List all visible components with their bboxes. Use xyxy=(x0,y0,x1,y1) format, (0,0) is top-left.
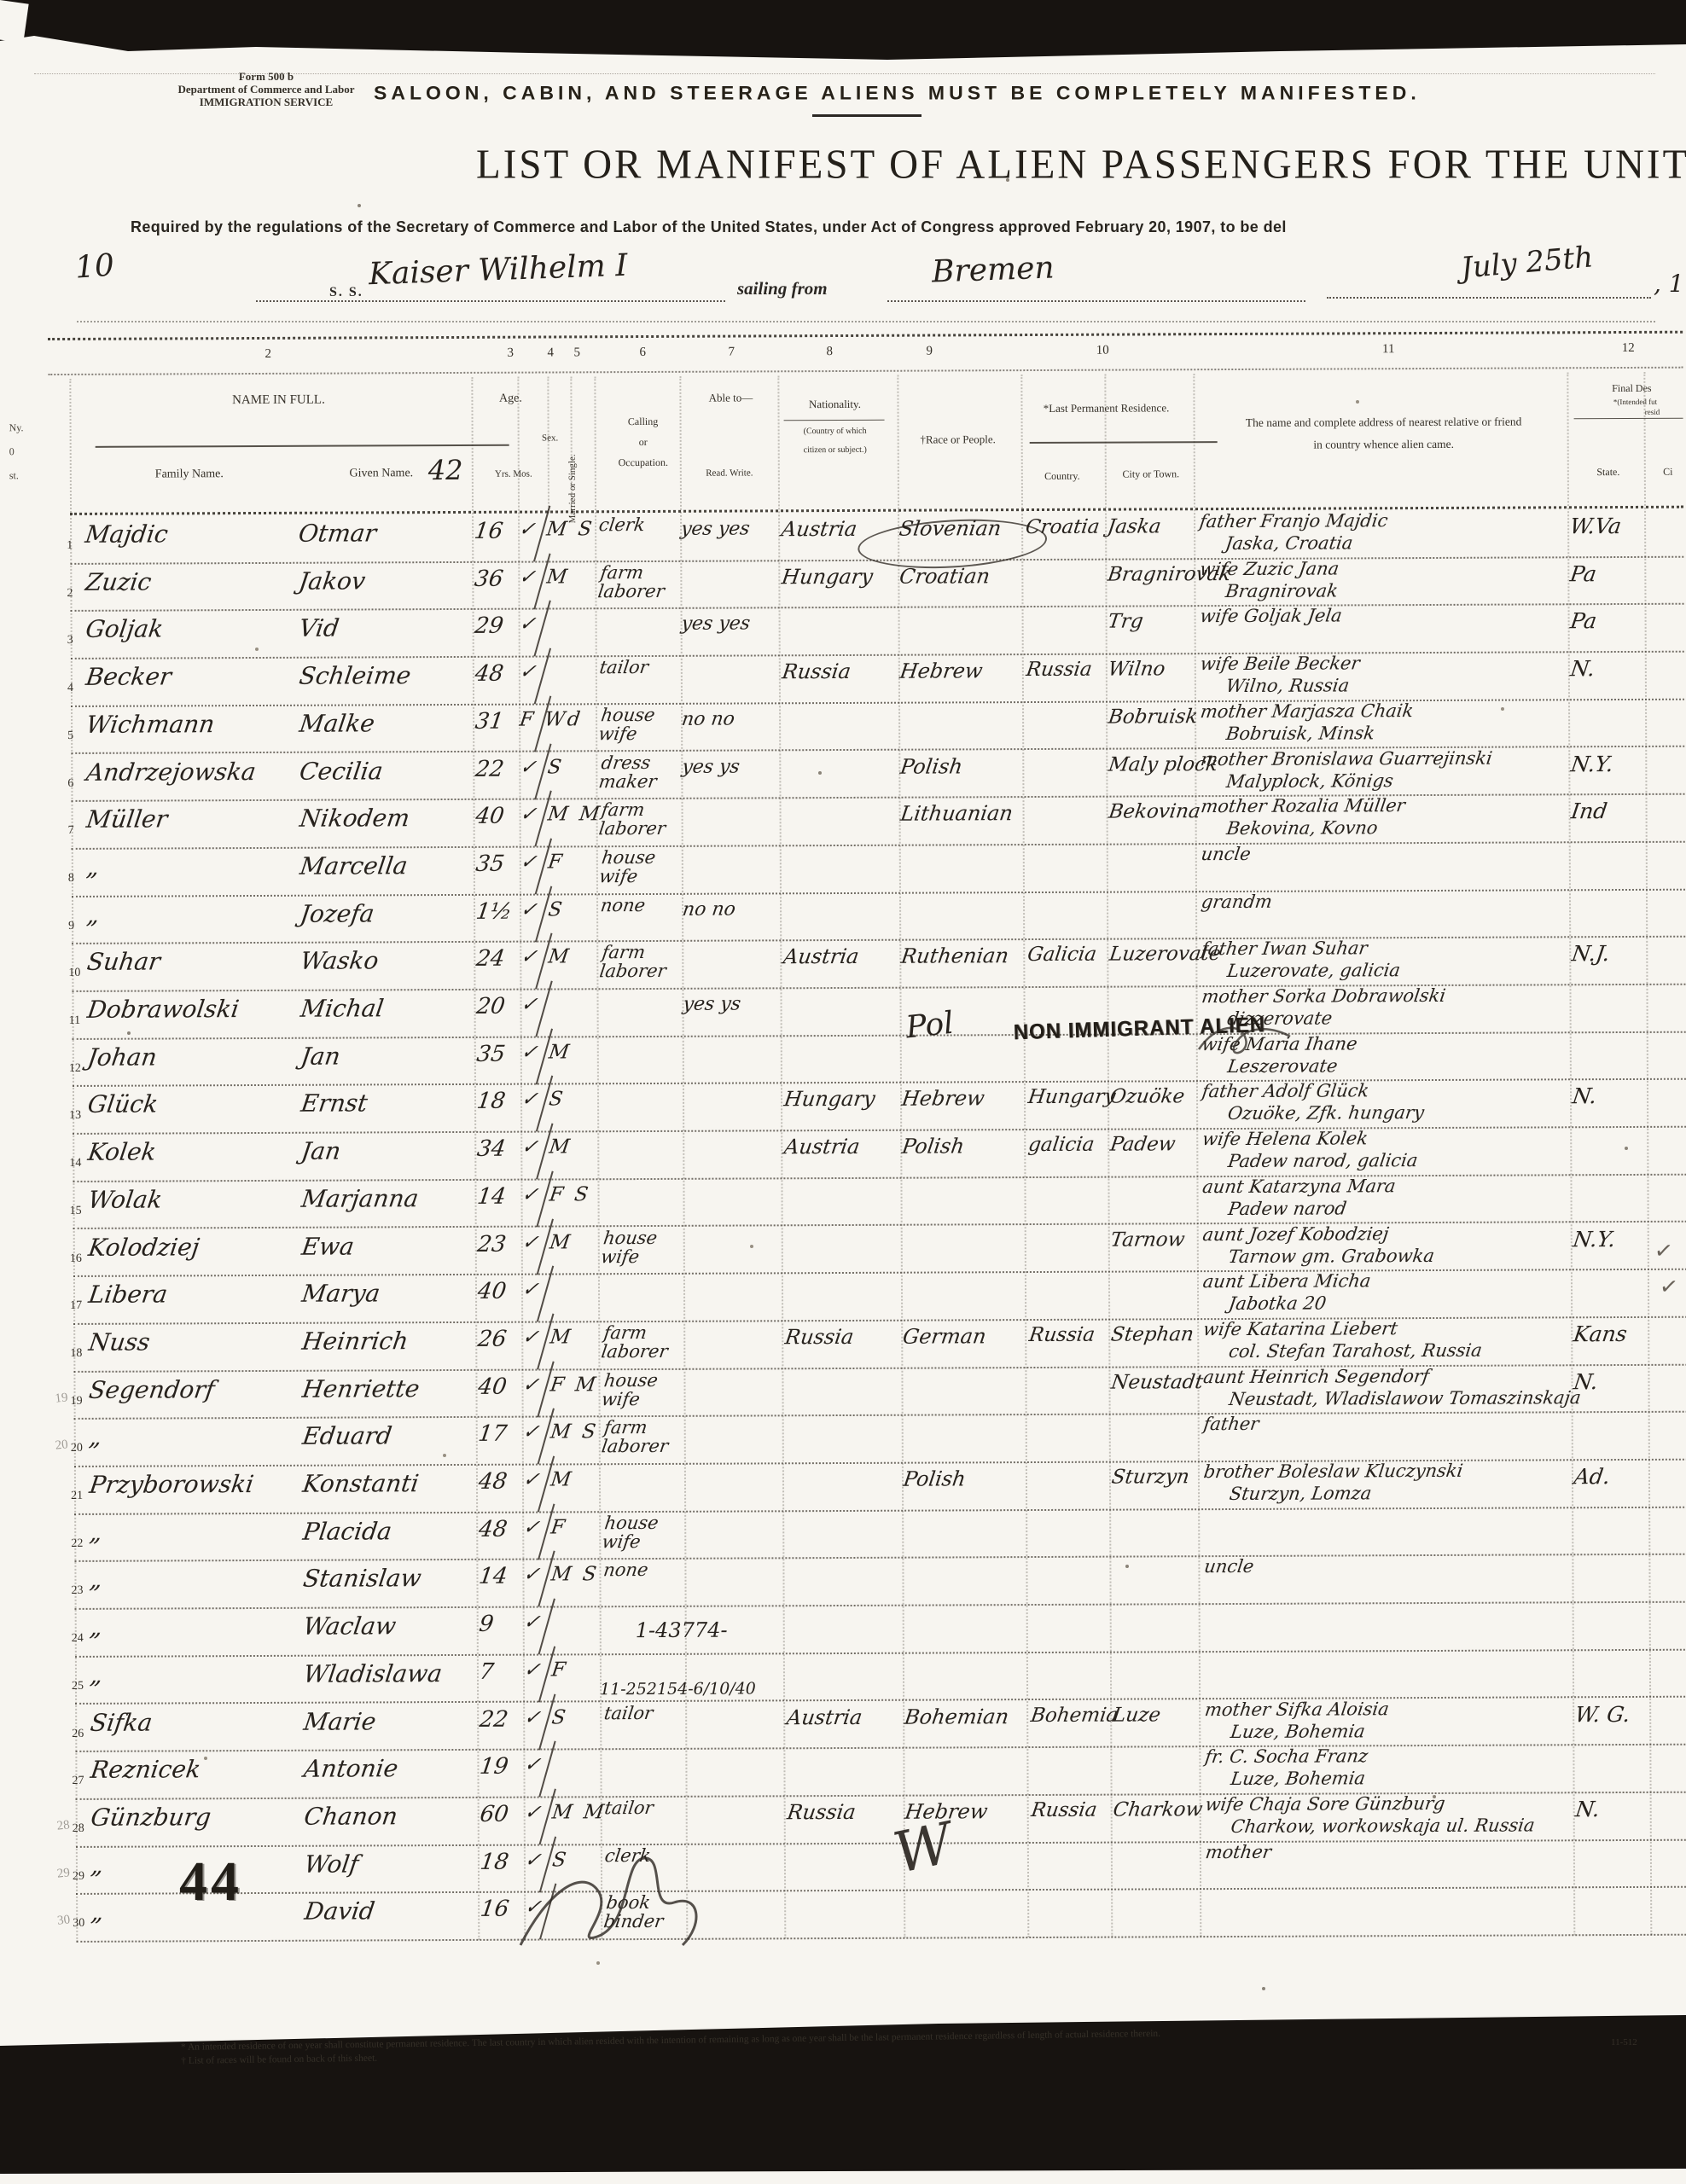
cell-nationality: Russia xyxy=(785,1325,853,1350)
header-calling-1: Calling xyxy=(628,415,658,428)
cell-nationality: Hungary xyxy=(784,1087,875,1112)
row-number: 10 xyxy=(68,967,80,980)
column-number: 9 xyxy=(926,345,933,359)
cell-destination-state-text: Pa xyxy=(1569,609,1599,634)
cell-age: 14 xyxy=(477,1184,505,1210)
cell-family-name-text: Segendorf xyxy=(87,1375,216,1404)
cell-occupation: tailor xyxy=(605,1798,687,1817)
cell-family-name-text: „ xyxy=(85,853,102,881)
cell-race: Hebrew xyxy=(900,659,983,683)
cell-race-text: German xyxy=(901,1324,987,1348)
cell-given-name-text: Jakov xyxy=(297,566,367,595)
cell-family-name: Segendorf xyxy=(89,1375,214,1405)
cell-relative-line1-text: fr. C. Socha Franz xyxy=(1204,1746,1369,1768)
cell-age-text: 18 xyxy=(475,1089,507,1114)
cell-sex-marital-marks: ✓ xyxy=(522,1279,541,1301)
cell-relative-line1-text: wife Katarina Liebert xyxy=(1202,1318,1399,1339)
cell-family-name: „ xyxy=(90,1423,102,1452)
manifest-row: 3030„David16✓book binder xyxy=(76,1886,1686,1943)
cell-family-name-text: Wichmann xyxy=(84,710,217,739)
cell-family-name: „ xyxy=(90,1565,102,1594)
cell-read-write: yes yes xyxy=(682,613,751,635)
cell-family-name: Nuss xyxy=(89,1327,149,1356)
cell-relative-line1-text: mother xyxy=(1204,1841,1272,1862)
cell-relative-line1: aunt Katarzyna Mara xyxy=(1202,1176,1395,1198)
cell-relative-line1: uncle xyxy=(1204,1556,1253,1577)
cell-sex-marital-marks: ✓ xyxy=(520,613,538,636)
cell-family-name-text: Dobrawolski xyxy=(85,995,241,1024)
cell-destination-state-text: W. G. xyxy=(1573,1701,1631,1726)
cell-read-write: yes yes xyxy=(681,517,750,539)
cell-given-name: Wolf xyxy=(305,1850,358,1879)
cell-relative-line1-text: wife Zuzic Jana xyxy=(1199,558,1340,579)
cell-sex-marital-marks: ✓ M S xyxy=(523,1564,598,1586)
final-dest-rule xyxy=(1574,418,1683,420)
annotation-row26: 11-252154-6/10/40 xyxy=(600,1679,756,1699)
residence-rule xyxy=(1030,441,1218,444)
cell-destination-state-text: Ad. xyxy=(1573,1464,1612,1489)
header-sex: Sex. xyxy=(542,433,558,443)
nationality-rule xyxy=(784,420,885,421)
cell-given-name: Jakov xyxy=(299,566,365,595)
cell-nationality: Austria xyxy=(783,944,858,969)
cell-city-or-town: Bekovina xyxy=(1109,800,1201,822)
cell-family-name-text: „ xyxy=(85,900,102,928)
cell-age-text: 35 xyxy=(475,1041,507,1066)
cell-sex-marital-marks-text: ✓ F S xyxy=(520,1183,592,1205)
cell-given-name: Cecilia xyxy=(299,757,382,786)
cell-country: Russia xyxy=(1032,1799,1097,1821)
row-number: 1 xyxy=(67,539,73,553)
cell-occupation-text: house wife xyxy=(601,1513,688,1550)
cell-city-or-town-text: Ozuöke xyxy=(1108,1086,1186,1108)
cell-age-text: 1½ xyxy=(474,898,514,924)
cell-given-name-text: Heinrich xyxy=(300,1327,410,1356)
cell-family-name: Wichmann xyxy=(86,710,214,740)
cell-sex-marital-marks-text: ✓ xyxy=(520,994,542,1016)
cell-family-name-text: Goljak xyxy=(84,615,165,643)
cell-relative-line1: mother Bronislawa Guarrejinski xyxy=(1201,747,1492,770)
cell-sex-marital-marks-text: ✓ xyxy=(518,613,540,636)
cell-family-name-text: „ xyxy=(88,1565,104,1594)
cell-relative-line2: Luze, Bohemia xyxy=(1230,1721,1365,1743)
cell-nationality-text: Austria xyxy=(782,944,860,968)
row-number: 26 xyxy=(72,1727,84,1740)
header-country: Country. xyxy=(1044,470,1080,483)
cell-given-name: Eduard xyxy=(303,1422,392,1451)
cell-destination-state-text: Ind xyxy=(1570,799,1609,823)
cell-age: 17 xyxy=(479,1421,507,1447)
cell-sex-marital-marks-text: ✓ M M xyxy=(523,1801,608,1823)
cell-given-name: Malke xyxy=(299,709,375,738)
cell-nationality: Russia xyxy=(782,659,851,684)
header-relative-1: The name and complete address of nearest… xyxy=(1246,415,1522,430)
cell-family-name: „ xyxy=(87,900,100,929)
cell-nationality: Austria xyxy=(782,517,857,542)
cell-relative-line2: Padew narod, galicia xyxy=(1228,1150,1417,1172)
cell-race-text: Lithuanian xyxy=(899,801,1015,826)
cell-occupation-text: tailor xyxy=(598,658,649,677)
cell-relative-line2: Luzerovate, galicia xyxy=(1227,960,1400,982)
cell-occupation: house wife xyxy=(602,1228,684,1265)
cell-read-write-text: yes ys xyxy=(682,994,742,1015)
cell-relative-line1: wife Goljak Jela xyxy=(1201,606,1342,628)
cell-given-name: Otmar xyxy=(299,519,376,548)
cell-age: 22 xyxy=(480,1706,508,1732)
row-number: 15 xyxy=(70,1205,82,1218)
header-final-dest: Final Des xyxy=(1612,382,1651,395)
cell-relative-line1-text: wife Helena Kolek xyxy=(1201,1128,1369,1149)
column-number: 7 xyxy=(728,346,735,360)
cell-country: Hungary xyxy=(1028,1086,1115,1108)
cell-age-text: 7 xyxy=(478,1659,496,1685)
cell-relative-line1: fr. C. Socha Franz xyxy=(1205,1746,1368,1769)
cell-age: 7 xyxy=(480,1659,494,1685)
cell-given-name: Vid xyxy=(299,614,340,643)
cell-occupation-text: farm laborer xyxy=(598,800,685,838)
cell-age: 35 xyxy=(477,1041,505,1066)
cell-age: 14 xyxy=(479,1564,507,1589)
cell-destination-state: N.Y. xyxy=(1571,752,1613,777)
cell-destination-state: N. xyxy=(1573,1084,1596,1110)
cell-city-or-town-text: Bobruisk xyxy=(1107,706,1199,728)
cell-relative-line2: Jaska, Croatia xyxy=(1225,532,1352,555)
column-number: 12 xyxy=(1622,341,1635,356)
column-number-rule xyxy=(48,367,1683,375)
cell-given-name-text: Ernst xyxy=(299,1089,369,1118)
cell-city-or-town-text: Stephan xyxy=(1109,1323,1195,1345)
cell-age-text: 14 xyxy=(475,1184,507,1210)
cell-relative-line1-text: mother Marjasza Chaik xyxy=(1199,700,1415,722)
cell-destination-state-text: W.Va xyxy=(1568,514,1623,538)
row-number: 22 xyxy=(71,1537,83,1551)
row-number: 18 xyxy=(70,1347,82,1361)
cell-race-text: Polish xyxy=(900,1134,966,1158)
cell-occupation: house wife xyxy=(601,848,683,886)
cell-given-name-text: Ewa xyxy=(300,1232,357,1260)
row-number: 4 xyxy=(67,682,73,695)
cell-nationality-text: Russia xyxy=(781,659,852,683)
cell-sex-marital-marks-text: ✓ F M xyxy=(521,1374,600,1396)
cell-given-name: Marjanna xyxy=(301,1184,418,1214)
column-number: 11 xyxy=(1382,342,1395,357)
margin-check-mark: ✓ xyxy=(1658,1273,1680,1301)
column-line xyxy=(547,376,549,513)
header-calling-3: Occupation. xyxy=(619,456,668,469)
header-age: Age. xyxy=(499,392,522,406)
cell-occupation-text: clerk xyxy=(598,515,647,534)
cell-destination-state-text: N.Y. xyxy=(1572,1227,1617,1252)
cell-given-name: Marya xyxy=(302,1280,380,1309)
cell-relative-line1-text: wife Chaja Sore Günzburg xyxy=(1204,1793,1446,1815)
cell-destination-state-text: N. xyxy=(1571,1084,1598,1109)
cell-city-or-town-text: Padew xyxy=(1109,1133,1177,1155)
cell-relative-line1-text: wife Beile Becker xyxy=(1199,653,1361,674)
cell-given-name: Henriette xyxy=(302,1374,419,1404)
cell-country-text: Russia xyxy=(1030,1799,1098,1821)
scanned-manifest-page: Form 500 b Department of Commerce and La… xyxy=(0,0,1686,2184)
cell-family-name-text: Andrzejowska xyxy=(84,757,258,786)
cell-occupation-text: farm laborer xyxy=(600,1323,687,1361)
cell-read-write-text: yes ys xyxy=(681,756,741,777)
cell-city-or-town: Luze xyxy=(1113,1704,1160,1726)
cell-given-name: Placida xyxy=(303,1517,392,1546)
cell-destination-state: W.Va xyxy=(1570,514,1621,539)
cell-read-write-text: no no xyxy=(681,898,736,920)
cell-age: 36 xyxy=(474,566,503,591)
cell-age-text: 26 xyxy=(476,1327,508,1352)
cell-occupation: farm laborer xyxy=(602,1323,684,1361)
cell-family-name: Wolak xyxy=(88,1185,162,1214)
row-number: 3 xyxy=(67,634,73,648)
cell-country: Bohemia xyxy=(1031,1704,1118,1726)
cell-occupation-text: tailor xyxy=(603,1703,654,1722)
cell-age: 35 xyxy=(476,851,504,877)
cell-sex-marital-marks: ✓ M S xyxy=(519,518,594,540)
cell-relative-line1-text: aunt Libera Micha xyxy=(1201,1270,1372,1292)
cell-nationality-text: Austria xyxy=(780,517,858,541)
cell-family-name-text: Wolak xyxy=(86,1185,164,1213)
cell-country-text: Russia xyxy=(1025,659,1093,681)
cell-relative-line2: Ozuöke, Zfk. hungary xyxy=(1228,1102,1424,1124)
cell-age: 23 xyxy=(478,1231,506,1257)
cell-age-text: 9 xyxy=(478,1612,496,1637)
header-read-write: Read. Write. xyxy=(706,468,753,478)
cell-age-text: 40 xyxy=(476,1374,508,1399)
cell-sex-marital-marks-text: F Wd xyxy=(518,708,584,730)
cell-race-text: Polish xyxy=(898,754,964,778)
cell-destination-state: Pa xyxy=(1571,609,1597,635)
cell-occupation-text: farm laborer xyxy=(601,1418,688,1455)
cell-relative-line1: mother Sifka Aloisia xyxy=(1205,1699,1389,1721)
cell-city-or-town-text: Wilno xyxy=(1107,658,1166,680)
sheet-page-number: 44 xyxy=(179,1850,242,1914)
cell-given-name-text: Marcella xyxy=(299,851,410,880)
cell-city-or-town-text: Jaska xyxy=(1106,515,1162,537)
cell-destination-state-text: N. xyxy=(1573,1369,1600,1394)
header-city-or-town: City or Town. xyxy=(1123,468,1180,480)
cell-given-name: Waclaw xyxy=(304,1612,396,1641)
cell-read-write: no no xyxy=(682,707,735,729)
cell-family-name: Günzburg xyxy=(91,1803,212,1833)
pen-scribble xyxy=(486,1843,742,1971)
column-number: 6 xyxy=(639,346,646,360)
cell-race: Bohemian xyxy=(904,1705,1009,1730)
cell-given-name-text: Vid xyxy=(297,614,340,642)
cell-occupation-text: dress maker xyxy=(597,752,684,790)
cell-relative-line1-text: mother Sorka Dobrawolski xyxy=(1201,985,1447,1007)
cell-city-or-town: Neustadt xyxy=(1111,1371,1202,1393)
cell-relative-line2-text: col. Stefan Tarahost, Russia xyxy=(1228,1340,1484,1362)
header-yrs-mos: Yrs. Mos. xyxy=(495,469,532,479)
cell-age: 31 xyxy=(475,709,503,735)
cell-race: Polish xyxy=(902,1134,964,1159)
cell-relative-line1: father Iwan Suhar xyxy=(1201,938,1367,961)
cell-city-or-town: Ozuöke xyxy=(1110,1086,1184,1108)
cell-age-text: 48 xyxy=(474,661,505,687)
cell-relative-line1: aunt Heinrich Segendorf xyxy=(1203,1366,1429,1388)
cell-given-name: David xyxy=(305,1897,375,1926)
cell-sex-marital-marks: ✓ xyxy=(524,1612,543,1634)
cell-relative-line2: Tarnow gm. Grabowka xyxy=(1229,1245,1434,1267)
cell-relative-line1: father xyxy=(1204,1414,1259,1435)
cell-occupation: house wife xyxy=(600,706,682,743)
cell-age: 1½ xyxy=(476,898,512,924)
cell-country-text: Russia xyxy=(1027,1324,1096,1346)
cell-occupation: farm laborer xyxy=(601,943,683,980)
cell-family-name-text: „ xyxy=(90,1898,106,1926)
cell-destination-state: Ind xyxy=(1572,799,1608,824)
cell-nationality-text: Hungary xyxy=(782,1087,876,1111)
cell-given-name: Stanislaw xyxy=(303,1565,421,1594)
cell-family-name-text: Johan xyxy=(86,1043,159,1071)
cell-given-name-text: Waclaw xyxy=(301,1612,398,1640)
cell-read-write: yes ys xyxy=(683,993,741,1015)
row-number: 23 xyxy=(72,1584,84,1598)
cell-destination-state-text: N.Y. xyxy=(1569,752,1614,776)
cell-given-name: Ernst xyxy=(301,1089,368,1118)
header-able-to: Able to— xyxy=(709,391,753,404)
cell-given-name-text: Michal xyxy=(299,994,385,1022)
margin-fragment: 0 xyxy=(9,445,15,458)
cell-relative-line2-text: Wilno, Russia xyxy=(1224,675,1351,696)
cell-sex-marital-marks: ✓ F S xyxy=(521,1183,590,1205)
cell-age: 22 xyxy=(475,756,503,781)
cell-city-or-town-text: Bekovina xyxy=(1108,800,1202,822)
cell-city-or-town: Wilno xyxy=(1108,658,1166,680)
annotation-row24: 1-43774- xyxy=(636,1618,728,1642)
row-number-ghost: 19 xyxy=(55,1391,69,1407)
cell-given-name: Marie xyxy=(304,1707,375,1736)
cell-relative-line2-text: Luze, Bohemia xyxy=(1230,1721,1367,1742)
cell-sex-marital-marks: ✓ M M xyxy=(525,1801,607,1823)
cell-relative-line2-text: Bobruisk, Minsk xyxy=(1225,723,1376,744)
cell-relative-line1: mother xyxy=(1206,1841,1271,1862)
cell-family-name-text: Zuzic xyxy=(84,567,153,595)
cell-age-text: 48 xyxy=(477,1469,509,1495)
cell-relative-line2: Padew narod xyxy=(1229,1198,1347,1220)
cell-sex-marital-marks: ✓ xyxy=(520,994,539,1016)
cell-relative-line2-text: Bragnirovak xyxy=(1224,580,1340,601)
cell-given-name-text: Marya xyxy=(300,1280,382,1308)
cell-family-name-text: Majdic xyxy=(84,520,170,548)
cell-age-text: 19 xyxy=(478,1754,509,1780)
row-number: 17 xyxy=(70,1299,82,1313)
cell-given-name: Nikodem xyxy=(300,804,410,834)
cell-relative-line1-text: grandm xyxy=(1200,891,1273,911)
cell-city-or-town: Padew xyxy=(1110,1133,1175,1155)
cell-read-write-text: yes yes xyxy=(680,613,752,635)
cell-race: German xyxy=(903,1324,986,1349)
name-divider-rule xyxy=(96,444,509,448)
cell-family-name: Müller xyxy=(87,805,168,834)
cell-destination-state-text: N. xyxy=(1569,656,1596,681)
cell-family-name: „ xyxy=(90,1518,102,1547)
cell-city-or-town: Stephan xyxy=(1111,1323,1194,1345)
cell-relative-line2-text: Jabotka 20 xyxy=(1227,1293,1327,1315)
cell-given-name-text: Jan xyxy=(299,1137,342,1165)
row-number-ghost: 20 xyxy=(55,1438,69,1455)
cell-sex-marital-marks-text: ✓ M M xyxy=(519,803,604,825)
cell-relative-line1: aunt Jozef Kobodziej xyxy=(1203,1223,1389,1246)
cell-occupation-text: house wife xyxy=(601,1370,688,1408)
stamp-flourish xyxy=(1195,1015,1297,1066)
cell-sex-marital-marks-text: ✓ xyxy=(518,661,540,683)
table-top-rule xyxy=(48,331,1683,340)
cell-occupation: house wife xyxy=(603,1513,685,1550)
cell-sex-marital-marks-text: ✓ xyxy=(523,1754,545,1776)
cell-given-name: Marcella xyxy=(300,851,408,881)
cell-relative-line1-text: aunt Jozef Kobodziej xyxy=(1201,1223,1390,1245)
cell-age-text: 24 xyxy=(474,946,506,972)
cell-relative-line1-text: uncle xyxy=(1200,844,1252,864)
cell-age-text: 14 xyxy=(477,1564,509,1589)
row-number: 6 xyxy=(67,776,73,790)
cell-race-text: Hebrew xyxy=(900,1087,986,1111)
cell-race: Ruthenian xyxy=(901,944,1009,969)
cell-nationality: Austria xyxy=(787,1705,862,1729)
cell-age: 16 xyxy=(474,519,503,544)
row-number: 13 xyxy=(69,1109,81,1123)
cell-age-text: 40 xyxy=(476,1279,508,1304)
cell-family-name-text: Günzburg xyxy=(89,1803,212,1832)
cell-city-or-town-text: Tarnow xyxy=(1109,1228,1186,1251)
cell-country-text: Galicia xyxy=(1026,944,1098,966)
column-number: 8 xyxy=(826,345,833,359)
cell-relative-line2-text: Jaska, Croatia xyxy=(1224,532,1355,554)
cell-family-name-text: „ xyxy=(88,1423,104,1451)
row-number-ghost: 28 xyxy=(56,1818,71,1834)
cell-given-name: Jan xyxy=(301,1137,340,1166)
cell-relative-line1-text: aunt Heinrich Segendorf xyxy=(1202,1366,1431,1387)
cell-occupation-text: tailor xyxy=(603,1798,654,1817)
margin-check-mark: ✓ xyxy=(1653,1237,1675,1265)
row-number: 8 xyxy=(68,872,74,886)
header-calling-2: or xyxy=(639,436,648,449)
cell-sex-marital-marks-text: ✓ M S xyxy=(517,518,596,540)
row-number: 2 xyxy=(67,587,73,601)
cell-occupation: none xyxy=(603,1560,685,1579)
cell-relative-line1-text: wife Goljak Jela xyxy=(1199,606,1343,627)
cell-city-or-town: Sturzyn xyxy=(1112,1466,1189,1488)
cell-age: 26 xyxy=(478,1327,506,1352)
cell-relative-line2-text: Ozuöke, Zfk. hungary xyxy=(1226,1102,1425,1124)
cell-given-name: Heinrich xyxy=(302,1327,408,1356)
cell-relative-line1: uncle xyxy=(1201,844,1251,865)
cell-sex-marital-marks: ✓ xyxy=(520,661,538,683)
cell-family-name: Reznicek xyxy=(90,1755,201,1785)
cell-given-name-text: Henriette xyxy=(300,1374,421,1403)
cell-relative-line2: col. Stefan Tarahost, Russia xyxy=(1229,1340,1482,1362)
header-name-in-full: NAME IN FULL. xyxy=(232,393,325,408)
cell-relative-line1-text: father xyxy=(1202,1414,1260,1434)
cell-given-name-text: Nikodem xyxy=(298,804,411,833)
cell-given-name-text: David xyxy=(303,1897,376,1926)
cell-relative-line2-text: Luzerovate, galicia xyxy=(1226,960,1402,981)
cell-sex-marital-marks: ✓ M M xyxy=(520,803,602,825)
cell-given-name: Konstanti xyxy=(303,1469,419,1499)
cell-age: 19 xyxy=(480,1754,508,1780)
cell-city-or-town: Tarnow xyxy=(1111,1228,1185,1251)
cell-given-name-text: Otmar xyxy=(297,519,378,547)
cell-destination-state: Ad. xyxy=(1574,1464,1610,1490)
column-number: 2 xyxy=(265,347,271,362)
cell-age: 40 xyxy=(476,804,504,829)
cell-family-name-text: „ xyxy=(89,1661,105,1689)
cell-given-name-text: Konstanti xyxy=(301,1469,421,1498)
cell-relative-line1-text: aunt Katarzyna Mara xyxy=(1201,1176,1397,1197)
cell-race-text: Bohemian xyxy=(903,1705,1010,1729)
